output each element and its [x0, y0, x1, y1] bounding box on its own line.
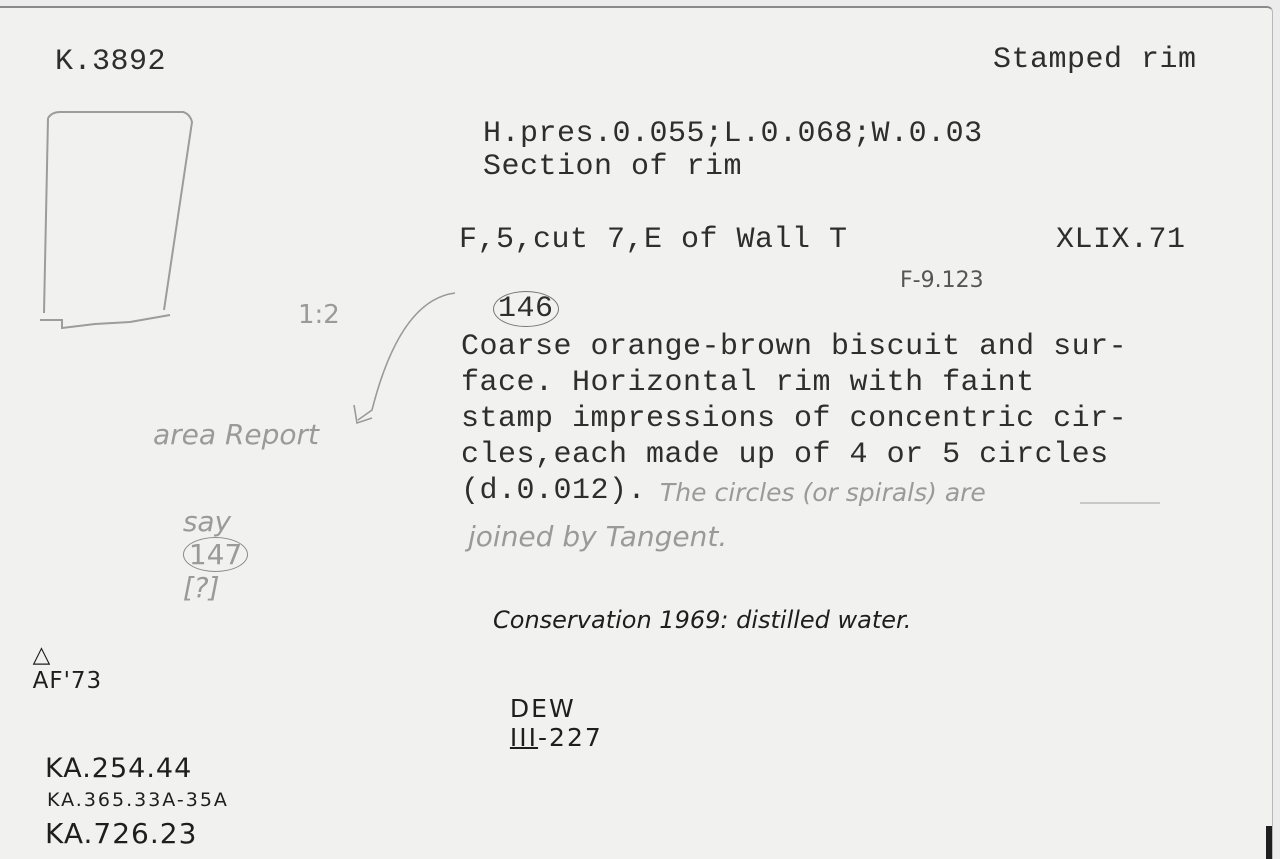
- scale-note: 1:2: [298, 300, 340, 330]
- af-note-row: △ AF'73: [16, 616, 102, 694]
- area-report-line2: say 147 [?]: [165, 472, 248, 604]
- section-note: Section of rim: [483, 149, 742, 185]
- addendum-line-2: joined by Tangent.: [468, 520, 727, 553]
- af-note: AF'73: [33, 668, 103, 694]
- rim-profile-drawing-icon: [40, 112, 192, 328]
- area-report-say: say: [183, 505, 231, 538]
- area-report-number: 147: [183, 537, 248, 572]
- dew-ref: DEW III-227: [490, 665, 603, 752]
- dew-suffix: -227: [538, 723, 603, 752]
- findspot: F,5,cut 7,E of Wall T: [459, 222, 848, 258]
- description-line-4: cles,each made up of 4 or 5 circles: [461, 437, 1109, 473]
- arrow-icon: [354, 293, 455, 423]
- ka-ref-2: KA.365.33A-35A: [47, 789, 229, 811]
- lot-number: 146: [493, 291, 559, 327]
- circled-number-146: 146: [456, 255, 559, 327]
- notebook-ref: XLIX.71: [1056, 222, 1186, 258]
- description-line-5: (d.0.012).: [461, 473, 646, 509]
- dew-prefix: DEW: [510, 694, 576, 723]
- dew-volume: III: [510, 723, 538, 752]
- figure-ref: F-9.123: [900, 268, 984, 293]
- description-line-2: face. Horizontal rim with faint: [461, 365, 1035, 401]
- area-report-line1: area Report: [153, 418, 319, 451]
- area-report-query: [?]: [183, 571, 220, 604]
- ka-ref-1: KA.254.44: [45, 753, 192, 784]
- description-line-1: Coarse orange-brown biscuit and sur-: [461, 329, 1127, 365]
- ka-ref-3: KA.726.23: [45, 817, 197, 850]
- catalog-number: K.3892: [55, 44, 166, 80]
- dimensions: H.pres.0.055;L.0.068;W.0.03: [483, 116, 983, 152]
- card-title: Stamped rim: [993, 42, 1197, 78]
- conservation-note: Conservation 1969: distilled water.: [493, 606, 911, 634]
- description-line-3: stamp impressions of concentric cir-: [461, 401, 1127, 437]
- triangle-icon: △: [33, 642, 52, 668]
- addendum-line-1: The circles (or spirals) are: [660, 478, 986, 507]
